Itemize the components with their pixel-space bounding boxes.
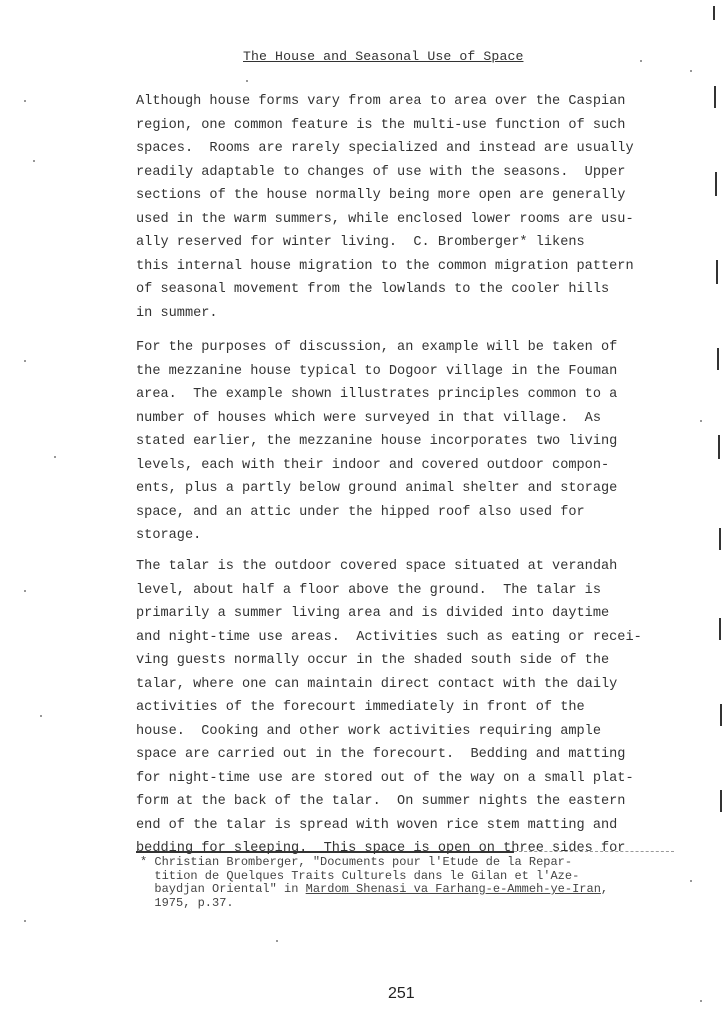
text-line: talar, where one can maintain direct con… [136, 673, 696, 697]
footnote-text: baydjan Oriental" in [140, 882, 306, 896]
scan-margin-mark [717, 348, 719, 370]
text-line: end of the talar is spread with woven ri… [136, 814, 696, 838]
text-line: storage. [136, 524, 696, 548]
scan-margin-mark [720, 704, 722, 726]
footnote-line: 1975, p.37. [140, 897, 700, 911]
text-line: levels, each with their indoor and cover… [136, 454, 696, 478]
scan-speck [690, 880, 692, 882]
scan-speck [24, 100, 26, 102]
scan-speck [276, 940, 278, 942]
text-line: this internal house migration to the com… [136, 255, 696, 279]
text-line: space, and an attic under the hipped roo… [136, 501, 696, 525]
text-line: region, one common feature is the multi-… [136, 114, 696, 138]
text-line: spaces. Rooms are rarely specialized and… [136, 137, 696, 161]
footnote-rule [136, 851, 514, 853]
text-line: activities of the forecourt immediately … [136, 696, 696, 720]
scan-margin-mark [720, 790, 722, 812]
text-line: and night-time use areas. Activities suc… [136, 626, 696, 650]
section-title: The House and Seasonal Use of Space [243, 49, 523, 64]
text-line: stated earlier, the mezzanine house inco… [136, 430, 696, 454]
scan-speck [246, 80, 248, 82]
footnote-journal-title: Mardom Shenasi va Farhang-e-Ammeh-ye-Ira… [306, 882, 601, 896]
text-line: primarily a summer living area and is di… [136, 602, 696, 626]
scan-margin-mark [716, 260, 718, 284]
paragraph-2: For the purposes of discussion, an examp… [136, 336, 696, 548]
scan-margin-mark [719, 528, 721, 550]
scan-speck [54, 456, 56, 458]
footnote-line: * Christian Bromberger, "Documents pour … [140, 856, 700, 870]
text-line: of seasonal movement from the lowlands t… [136, 278, 696, 302]
text-line: sections of the house normally being mor… [136, 184, 696, 208]
text-line: area. The example shown illustrates prin… [136, 383, 696, 407]
text-line: ents, plus a partly below ground animal … [136, 477, 696, 501]
footnote: * Christian Bromberger, "Documents pour … [140, 856, 700, 910]
scan-speck [40, 715, 42, 717]
text-line: used in the warm summers, while enclosed… [136, 208, 696, 232]
scan-speck [24, 590, 26, 592]
footnote-rule-faded [514, 851, 674, 852]
text-line: space are carried out in the forecourt. … [136, 743, 696, 767]
text-line: in summer. [136, 302, 696, 326]
document-page: The House and Seasonal Use of Space Alth… [0, 0, 725, 1024]
text-line: ving guests normally occur in the shaded… [136, 649, 696, 673]
page-number: 251 [388, 985, 415, 1003]
scan-speck [640, 60, 642, 62]
scan-margin-mark [715, 172, 717, 196]
scan-speck [700, 420, 702, 422]
text-line: number of houses which were surveyed in … [136, 407, 696, 431]
text-line: the mezzanine house typical to Dogoor vi… [136, 360, 696, 384]
scan-speck [33, 160, 35, 162]
scan-speck [24, 920, 26, 922]
scan-margin-mark [718, 435, 720, 459]
text-line: form at the back of the talar. On summer… [136, 790, 696, 814]
paragraph-1: Although house forms vary from area to a… [136, 90, 696, 325]
scan-margin-mark [719, 618, 721, 640]
paragraph-3: The talar is the outdoor covered space s… [136, 555, 696, 861]
text-line: house. Cooking and other work activities… [136, 720, 696, 744]
scan-speck [690, 70, 692, 72]
footnote-line: baydjan Oriental" in Mardom Shenasi va F… [140, 883, 700, 897]
text-line: The talar is the outdoor covered space s… [136, 555, 696, 579]
text-line: readily adaptable to changes of use with… [136, 161, 696, 185]
text-line: level, about half a floor above the grou… [136, 579, 696, 603]
scan-speck [24, 360, 26, 362]
text-line: ally reserved for winter living. C. Brom… [136, 231, 696, 255]
text-line: Although house forms vary from area to a… [136, 90, 696, 114]
text-line: for night-time use are stored out of the… [136, 767, 696, 791]
footnote-line: tition de Quelques Traits Culturels dans… [140, 870, 700, 884]
scan-margin-mark [714, 86, 716, 108]
scan-margin-mark [713, 6, 715, 20]
scan-speck [700, 1000, 702, 1002]
footnote-punct: , [601, 882, 608, 896]
text-line: For the purposes of discussion, an examp… [136, 336, 696, 360]
